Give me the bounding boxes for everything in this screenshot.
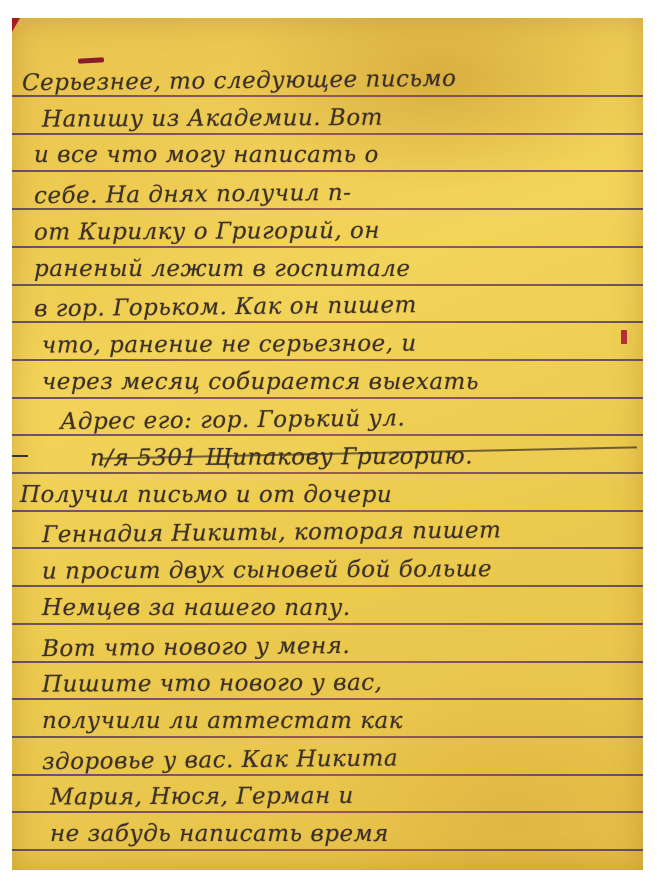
ink-mark: [78, 57, 104, 63]
text-line: Пишите что нового у вас,: [12, 663, 657, 702]
text-line: и просит двух сыновей бой больше: [12, 550, 657, 589]
torn-corner-mark: [12, 18, 20, 32]
text-line: Получил письмо и от дочери: [12, 477, 651, 513]
text-line: Вот что нового у меня.: [12, 624, 657, 667]
text-line: и все что могу написать о: [12, 137, 657, 173]
text-line: Геннадия Никиты, которая пишет: [12, 511, 657, 554]
text-line: Адрес его: гор. Горький ул.: [12, 398, 657, 441]
text-line: через месяц собирается выехать: [12, 364, 657, 400]
text-line: Напишу из Академии. Вот: [12, 98, 657, 137]
text-line: Серьезнее, то следующее письмо: [12, 59, 653, 102]
text-line: п/я 5301 Щипакову Григорию.: [12, 437, 657, 477]
text-line: Мария, Нюся, Герман и: [12, 777, 657, 817]
text-line: себе. На днях получил п-: [12, 172, 657, 215]
text-line: не забудь написать время: [12, 816, 657, 852]
text-line: что, ранение не серьезное, и: [12, 324, 657, 363]
text-line: Немцев за нашего папу.: [12, 590, 657, 626]
text-line: получили ли аттестат как: [12, 703, 657, 739]
letter-page: Серьезнее, то следующее письмоНапишу из …: [12, 18, 643, 870]
text-line: от Кирилку о Григорий, он: [12, 211, 657, 250]
text-line: здоровье у вас. Как Никита: [12, 737, 657, 780]
text-line: раненый лежит в госпитале: [12, 251, 657, 287]
text-line: в гор. Горьком. Как он пишет: [12, 285, 657, 328]
